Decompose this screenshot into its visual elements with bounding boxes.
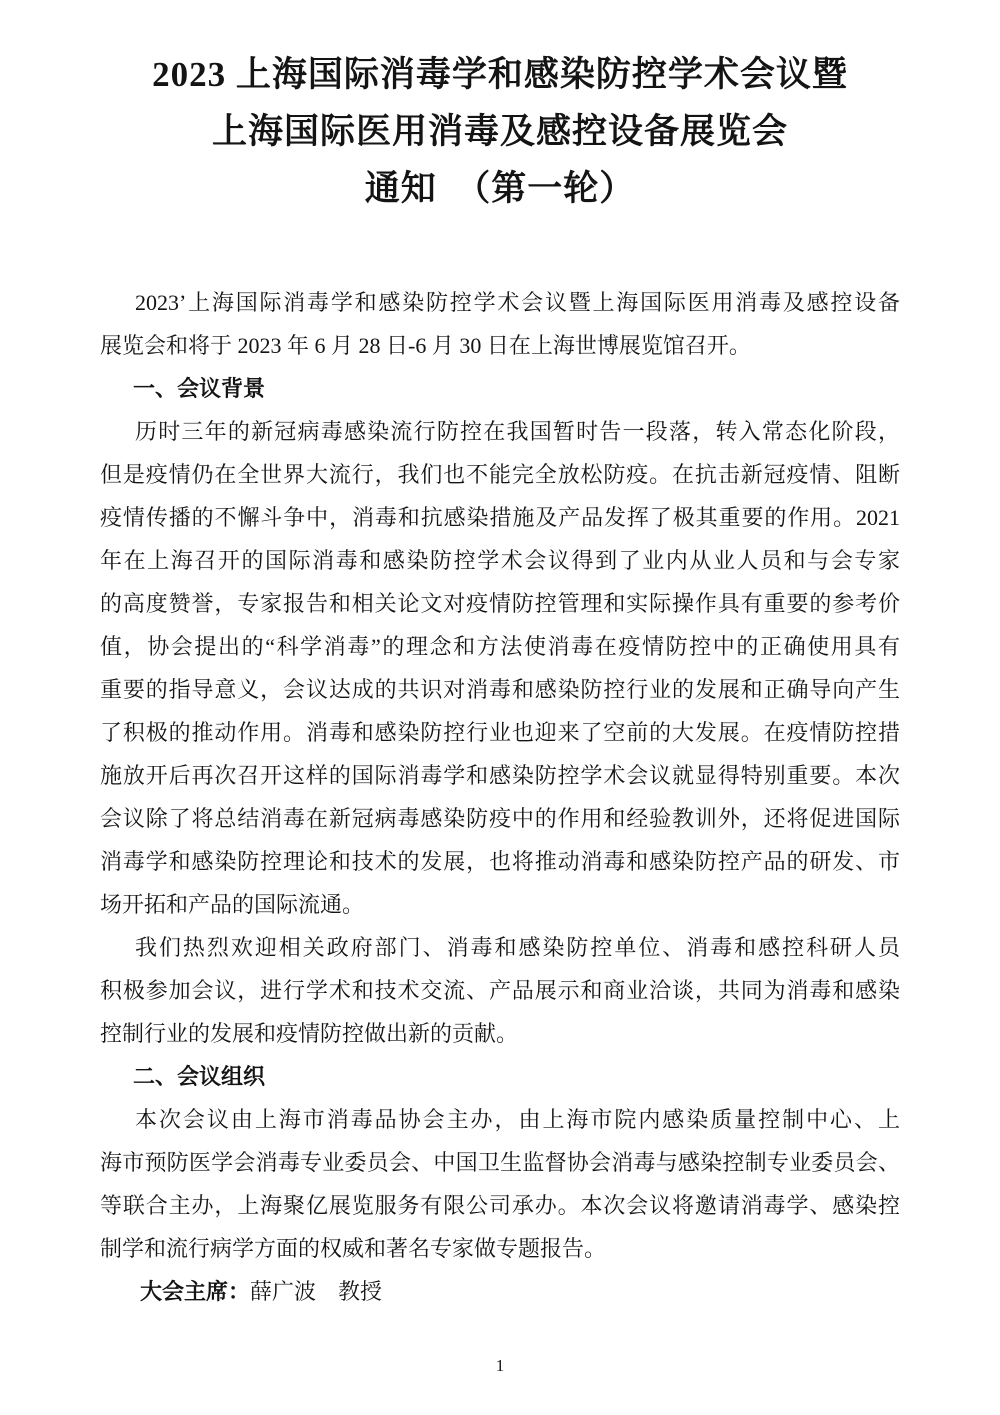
chairman-label: 大会主席： [140,1279,250,1304]
title-line-3: 通知 （第一轮） [100,160,900,217]
section-heading: 二、会议组织 [100,1055,900,1098]
paragraph: 我们热烈欢迎相关政府部门、消毒和感染防控单位、消毒和感控科研人员积极参加会议，进… [100,926,900,1055]
chairman-value: 薛广波 教授 [250,1279,382,1304]
text-line: 疫情传播的不懈斗争中，消毒和抗感染措施及产品发挥了极其重要的作用。2021 [100,496,900,539]
document-title: 2023 上海国际消毒学和感染防控学术会议暨 上海国际医用消毒及感控设备展览会 … [100,46,900,217]
title-line-1: 2023 上海国际消毒学和感染防控学术会议暨 [100,46,900,103]
text-line: 重要的指导意义，会议达成的共识对消毒和感染防控行业的发展和正确导向产生 [100,668,900,711]
text-line: 但是疫情仍在全世界大流行，我们也不能完全放松防疫。在抗击新冠疫情、阻断 [100,453,900,496]
text-line: 历时三年的新冠病毒感染流行防控在我国暂时告一段落，转入常态化阶段， [100,410,900,453]
text-line: 的高度赞誉，专家报告和相关论文对疫情防控管理和实际操作具有重要的参考价 [100,582,900,625]
text-line: 我们热烈欢迎相关政府部门、消毒和感染防控单位、消毒和感控科研人员 [100,926,900,969]
chairman-line: 大会主席：薛广波 教授 [100,1270,900,1313]
text-line: 消毒学和感染防控理论和技术的发展，也将推动消毒和感染防控产品的研发、市 [100,840,900,883]
paragraph: 本次会议由上海市消毒品协会主办，由上海市院内感染质量控制中心、上海市预防医学会消… [100,1098,900,1270]
text-line: 等联合主办，上海聚亿展览服务有限公司承办。本次会议将邀请消毒学、感染控 [100,1184,900,1227]
text-line: 制学和流行病学方面的权威和著名专家做专题报告。 [100,1227,900,1270]
text-line: 本次会议由上海市消毒品协会主办，由上海市院内感染质量控制中心、上 [100,1098,900,1141]
section-heading: 一、会议背景 [100,367,900,410]
text-line: 值，协会提出的“科学消毒”的理念和方法使消毒在疫情防控中的正确使用具有 [100,625,900,668]
text-line: 积极参加会议，进行学术和技术交流、产品展示和商业洽谈，共同为消毒和感染 [100,969,900,1012]
text-line: 施放开后再次召开这样的国际消毒学和感染防控学术会议就显得特别重要。本次 [100,754,900,797]
text-line: 会议除了将总结消毒在新冠病毒感染防疫中的作用和经验教训外，还将促进国际 [100,797,900,840]
document-page: 2023 上海国际消毒学和感染防控学术会议暨 上海国际医用消毒及感控设备展览会 … [0,0,1000,1415]
paragraph: 2023’上海国际消毒学和感染防控学术会议暨上海国际医用消毒及感控设备展览会和将… [100,281,900,367]
text-line: 了积极的推动作用。消毒和感染防控行业也迎来了空前的大发展。在疫情防控措 [100,711,900,754]
text-line: 场开拓和产品的国际流通。 [100,883,900,926]
paragraph: 历时三年的新冠病毒感染流行防控在我国暂时告一段落，转入常态化阶段，但是疫情仍在全… [100,410,900,926]
text-line: 展览会和将于 2023 年 6 月 28 日-6 月 30 日在上海世博展览馆召… [100,324,900,367]
document-body: 2023’上海国际消毒学和感染防控学术会议暨上海国际医用消毒及感控设备展览会和将… [100,281,900,1313]
text-line: 海市预防医学会消毒专业委员会、中国卫生监督协会消毒与感染控制专业委员会、 [100,1141,900,1184]
text-line: 2023’上海国际消毒学和感染防控学术会议暨上海国际医用消毒及感控设备 [100,281,900,324]
text-line: 年在上海召开的国际消毒和感染防控学术会议得到了业内从业人员和与会专家 [100,539,900,582]
text-line: 控制行业的发展和疫情防控做出新的贡献。 [100,1012,900,1055]
page-number: 1 [0,1356,1000,1376]
title-line-2: 上海国际医用消毒及感控设备展览会 [100,103,900,160]
